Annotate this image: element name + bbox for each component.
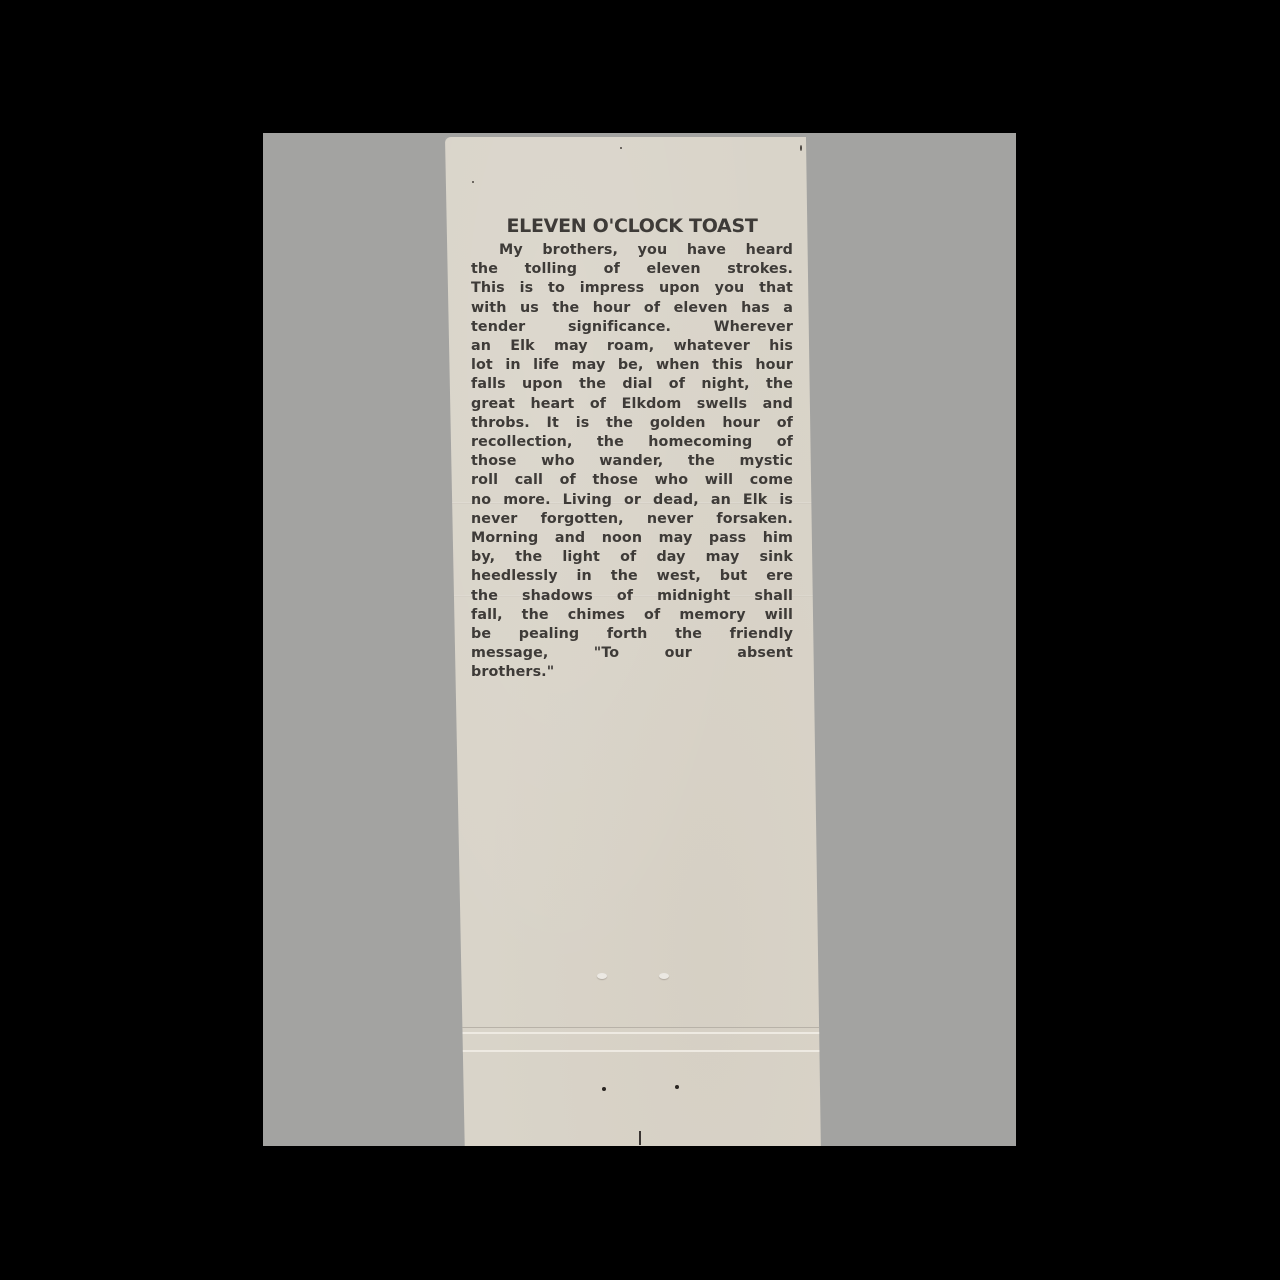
print-speck <box>800 145 802 151</box>
toast-line: no more. Living or dead, an Elk is <box>471 491 793 510</box>
toast-line: those who wander, the mystic <box>471 452 793 471</box>
staple-end <box>675 1085 679 1089</box>
toast-line: an Elk may roam, whatever his <box>471 337 793 356</box>
toast-line: be pealing forth the friendly <box>471 625 793 644</box>
toast-line: message, "To our absent <box>471 644 793 663</box>
toast-line: heedlessly in the west, but ere <box>471 567 793 586</box>
staple-end <box>602 1087 606 1091</box>
toast-line: great heart of Elkdom swells and <box>471 395 793 414</box>
striker-fold <box>445 1032 821 1034</box>
toast-line: fall, the chimes of memory will <box>471 606 793 625</box>
toast-line: My brothers, you have heard <box>471 241 793 260</box>
toast-line: lot in life may be, when this hour <box>471 356 793 375</box>
toast-line: by, the light of day may sink <box>471 548 793 567</box>
toast-title: ELEVEN O'CLOCK TOAST <box>471 215 793 237</box>
toast-text: ELEVEN O'CLOCK TOAST My brothers, you ha… <box>471 215 793 683</box>
print-speck <box>620 147 622 149</box>
toast-line: recollection, the homecoming of <box>471 433 793 452</box>
toast-line: the shadows of midnight shall <box>471 587 793 606</box>
toast-line: with us the hour of eleven has a <box>471 299 793 318</box>
toast-body: My brothers, you have heardthe tolling o… <box>471 241 793 683</box>
match-dimple <box>659 973 669 979</box>
toast-line: roll call of those who will come <box>471 471 793 490</box>
toast-line: tender significance. Wherever <box>471 318 793 337</box>
matchbook-cover: ELEVEN O'CLOCK TOAST My brothers, you ha… <box>445 137 821 1146</box>
print-speck <box>472 181 474 183</box>
toast-line: brothers." <box>471 663 793 682</box>
striker-fold <box>445 1050 821 1052</box>
center-notch <box>639 1131 641 1145</box>
striker-fold-shadow <box>445 1027 821 1028</box>
toast-line: This is to impress upon you that <box>471 279 793 298</box>
toast-line: throbs. It is the golden hour of <box>471 414 793 433</box>
match-dimple <box>597 973 607 979</box>
scan-background: ELEVEN O'CLOCK TOAST My brothers, you ha… <box>263 133 1016 1146</box>
toast-line: never forgotten, never forsaken. <box>471 510 793 529</box>
toast-line: the tolling of eleven strokes. <box>471 260 793 279</box>
toast-line: Morning and noon may pass him <box>471 529 793 548</box>
toast-line: falls upon the dial of night, the <box>471 375 793 394</box>
